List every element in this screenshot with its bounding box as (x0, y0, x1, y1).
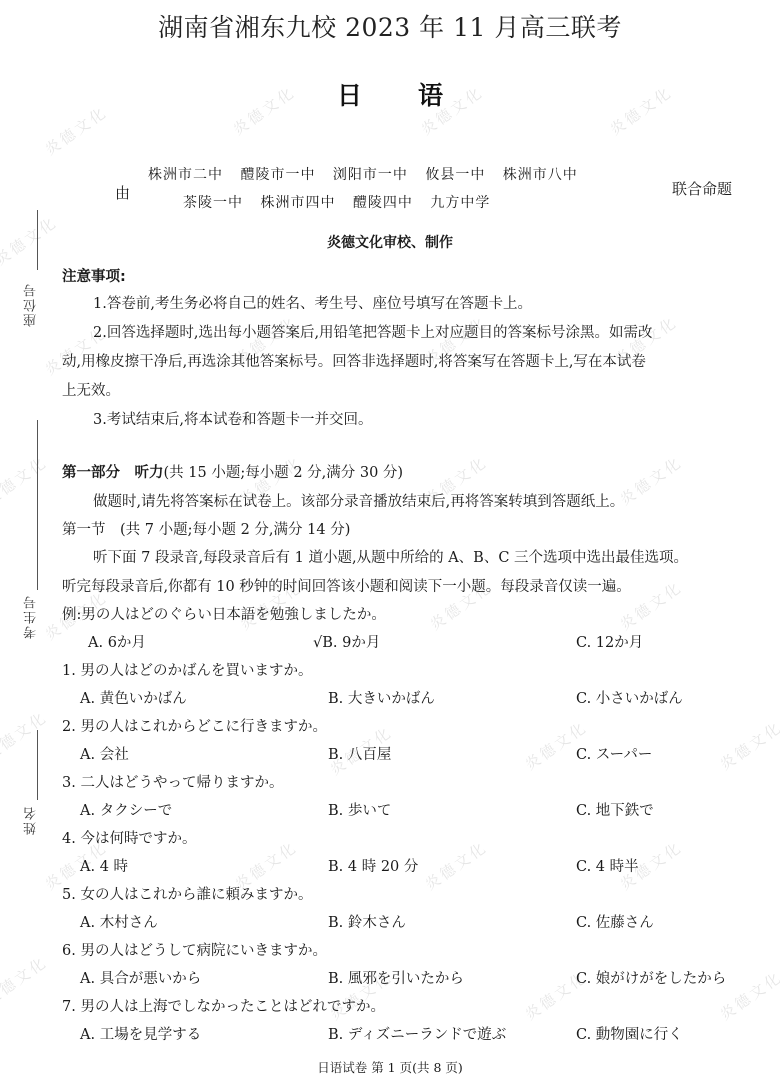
question-4-option-b[interactable]: B. 4 時 20 分 (328, 855, 418, 876)
question-3-option-c[interactable]: C. 地下鉄で (576, 799, 654, 820)
watermark: 炎德文化 (0, 951, 52, 1010)
question-2-option-a[interactable]: A. 会社 (80, 743, 129, 764)
schools-line-1: 株洲市二中 醴陵市一中 浏阳市一中 攸县一中 株洲市八中 (148, 164, 578, 184)
seat-number-label: 座位号 (22, 282, 41, 327)
question-7-option-b[interactable]: B. ディズニーランドで遊ぶ (328, 1023, 506, 1044)
watermark: 炎德文化 (615, 451, 686, 510)
watermark: 炎德文化 (0, 451, 52, 510)
section1-heading: 第一节 (共 7 小题;每小题 2 分,满分 14 分) (62, 518, 350, 539)
question-5-option-b[interactable]: B. 鈴木さん (328, 911, 406, 932)
example-stem: 例:男の人はどのぐらい日本語を勉強しましたか。 (62, 603, 386, 624)
joint-label: 联合命题 (672, 178, 732, 199)
notice-item-3: 3.考试结束后,将本试卷和答题卡一并交回。 (93, 408, 372, 429)
question-4-stem: 4. 今は何時ですか。 (62, 827, 196, 848)
subject-char: 日 (337, 76, 362, 112)
notice-heading: 注意事项: (62, 265, 126, 286)
part1-instruction: 做题时,请先将答案标在试卷上。该部分录音播放结束后,再将答案转填到答题纸上。 (93, 490, 624, 511)
question-2-option-c[interactable]: C. スーパー (576, 743, 652, 764)
question-5-option-a[interactable]: A. 木村さん (80, 911, 158, 932)
section1-instruction-cont: 听完每段录音后,你都有 10 秒钟的时间回答该小题和阅读下一小题。每段录音仅读一… (62, 575, 631, 596)
question-4-option-a[interactable]: A. 4 時 (80, 855, 128, 876)
question-4-option-c[interactable]: C. 4 時半 (576, 855, 639, 876)
notice-item-2: 2.回答选择题时,选出每小题答案后,用铅笔把答题卡上对应题目的答案标号涂黑。如需… (93, 321, 653, 342)
section1-instruction: 听下面 7 段录音,每段录音后有 1 道小题,从题中所给的 A、B、C 三个选项… (93, 546, 688, 567)
part1-heading: 第一部分 听力(共 15 小题;每小题 2 分,满分 30 分) (62, 461, 403, 482)
question-3-option-b[interactable]: B. 歩いて (328, 799, 391, 820)
question-6-option-b[interactable]: B. 風邪を引いたから (328, 967, 464, 988)
name-label: 姓名 (22, 805, 41, 835)
question-3-option-a[interactable]: A. タクシーで (80, 799, 172, 820)
question-1-option-a[interactable]: A. 黄色いかばん (80, 687, 187, 708)
producer-line: 炎德文化审校、制作 (0, 232, 780, 252)
subject-char: 语 (418, 76, 443, 112)
notice-item-2-cont: 动,用橡皮擦干净后,再选涂其他答案标号。回答非选择题时,将答案写在答题卡上,写在… (62, 350, 646, 371)
candidate-number-label: 考生号 (22, 594, 41, 639)
part1-heading-bold: 第一部分 听力 (62, 465, 164, 481)
question-3-stem: 3. 二人はどうやって帰りますか。 (62, 771, 283, 792)
binding-line (37, 730, 38, 800)
question-7-option-a[interactable]: A. 工場を見学する (80, 1023, 201, 1044)
watermark: 炎德文化 (420, 836, 491, 895)
question-7-option-c[interactable]: C. 動物園に行く (576, 1023, 683, 1044)
question-5-option-c[interactable]: C. 佐藤さん (576, 911, 654, 932)
binding-line (37, 420, 38, 590)
exam-title: 湖南省湘东九校 2023 年 11 月高三联考 (0, 8, 780, 44)
question-6-stem: 6. 男の人はどうして病院にいきますか。 (62, 939, 327, 960)
question-1-option-c[interactable]: C. 小さいかばん (576, 687, 683, 708)
watermark: 炎德文化 (715, 716, 780, 775)
page-footer: 日语试卷 第 1 页(共 8 页) (0, 1058, 780, 1076)
example-option-a: A. 6か月 (88, 631, 146, 652)
question-1-option-b[interactable]: B. 大きいかばん (328, 687, 435, 708)
question-7-stem: 7. 男の人は上海でしなかったことはどれですか。 (62, 995, 385, 1016)
question-6-option-c[interactable]: C. 娘がけがをしたから (576, 967, 726, 988)
example-option-b-checked: √B. 9か月 (313, 631, 380, 652)
question-5-stem: 5. 女の人はこれから誰に頼みますか。 (62, 883, 312, 904)
question-2-option-b[interactable]: B. 八百屋 (328, 743, 391, 764)
question-6-option-a[interactable]: A. 具合が悪いから (80, 967, 201, 988)
question-2-stem: 2. 男の人はこれからどこに行きますか。 (62, 715, 327, 736)
by-label: 由 (115, 182, 130, 203)
part1-heading-score: (共 15 小题;每小题 2 分,满分 30 分) (164, 465, 404, 481)
notice-item-2-end: 上无效。 (62, 379, 120, 400)
subject-title: 日语 (0, 76, 780, 112)
example-option-c: C. 12か月 (576, 631, 643, 652)
question-1-stem: 1. 男の人はどのかばんを買いますか。 (62, 659, 312, 680)
watermark: 炎德文化 (0, 706, 52, 765)
notice-item-1: 1.答卷前,考生务必将自己的姓名、考生号、座位号填写在答题卡上。 (93, 292, 532, 313)
schools-line-2: 茶陵一中 株洲市四中 醴陵四中 九方中学 (183, 192, 490, 212)
